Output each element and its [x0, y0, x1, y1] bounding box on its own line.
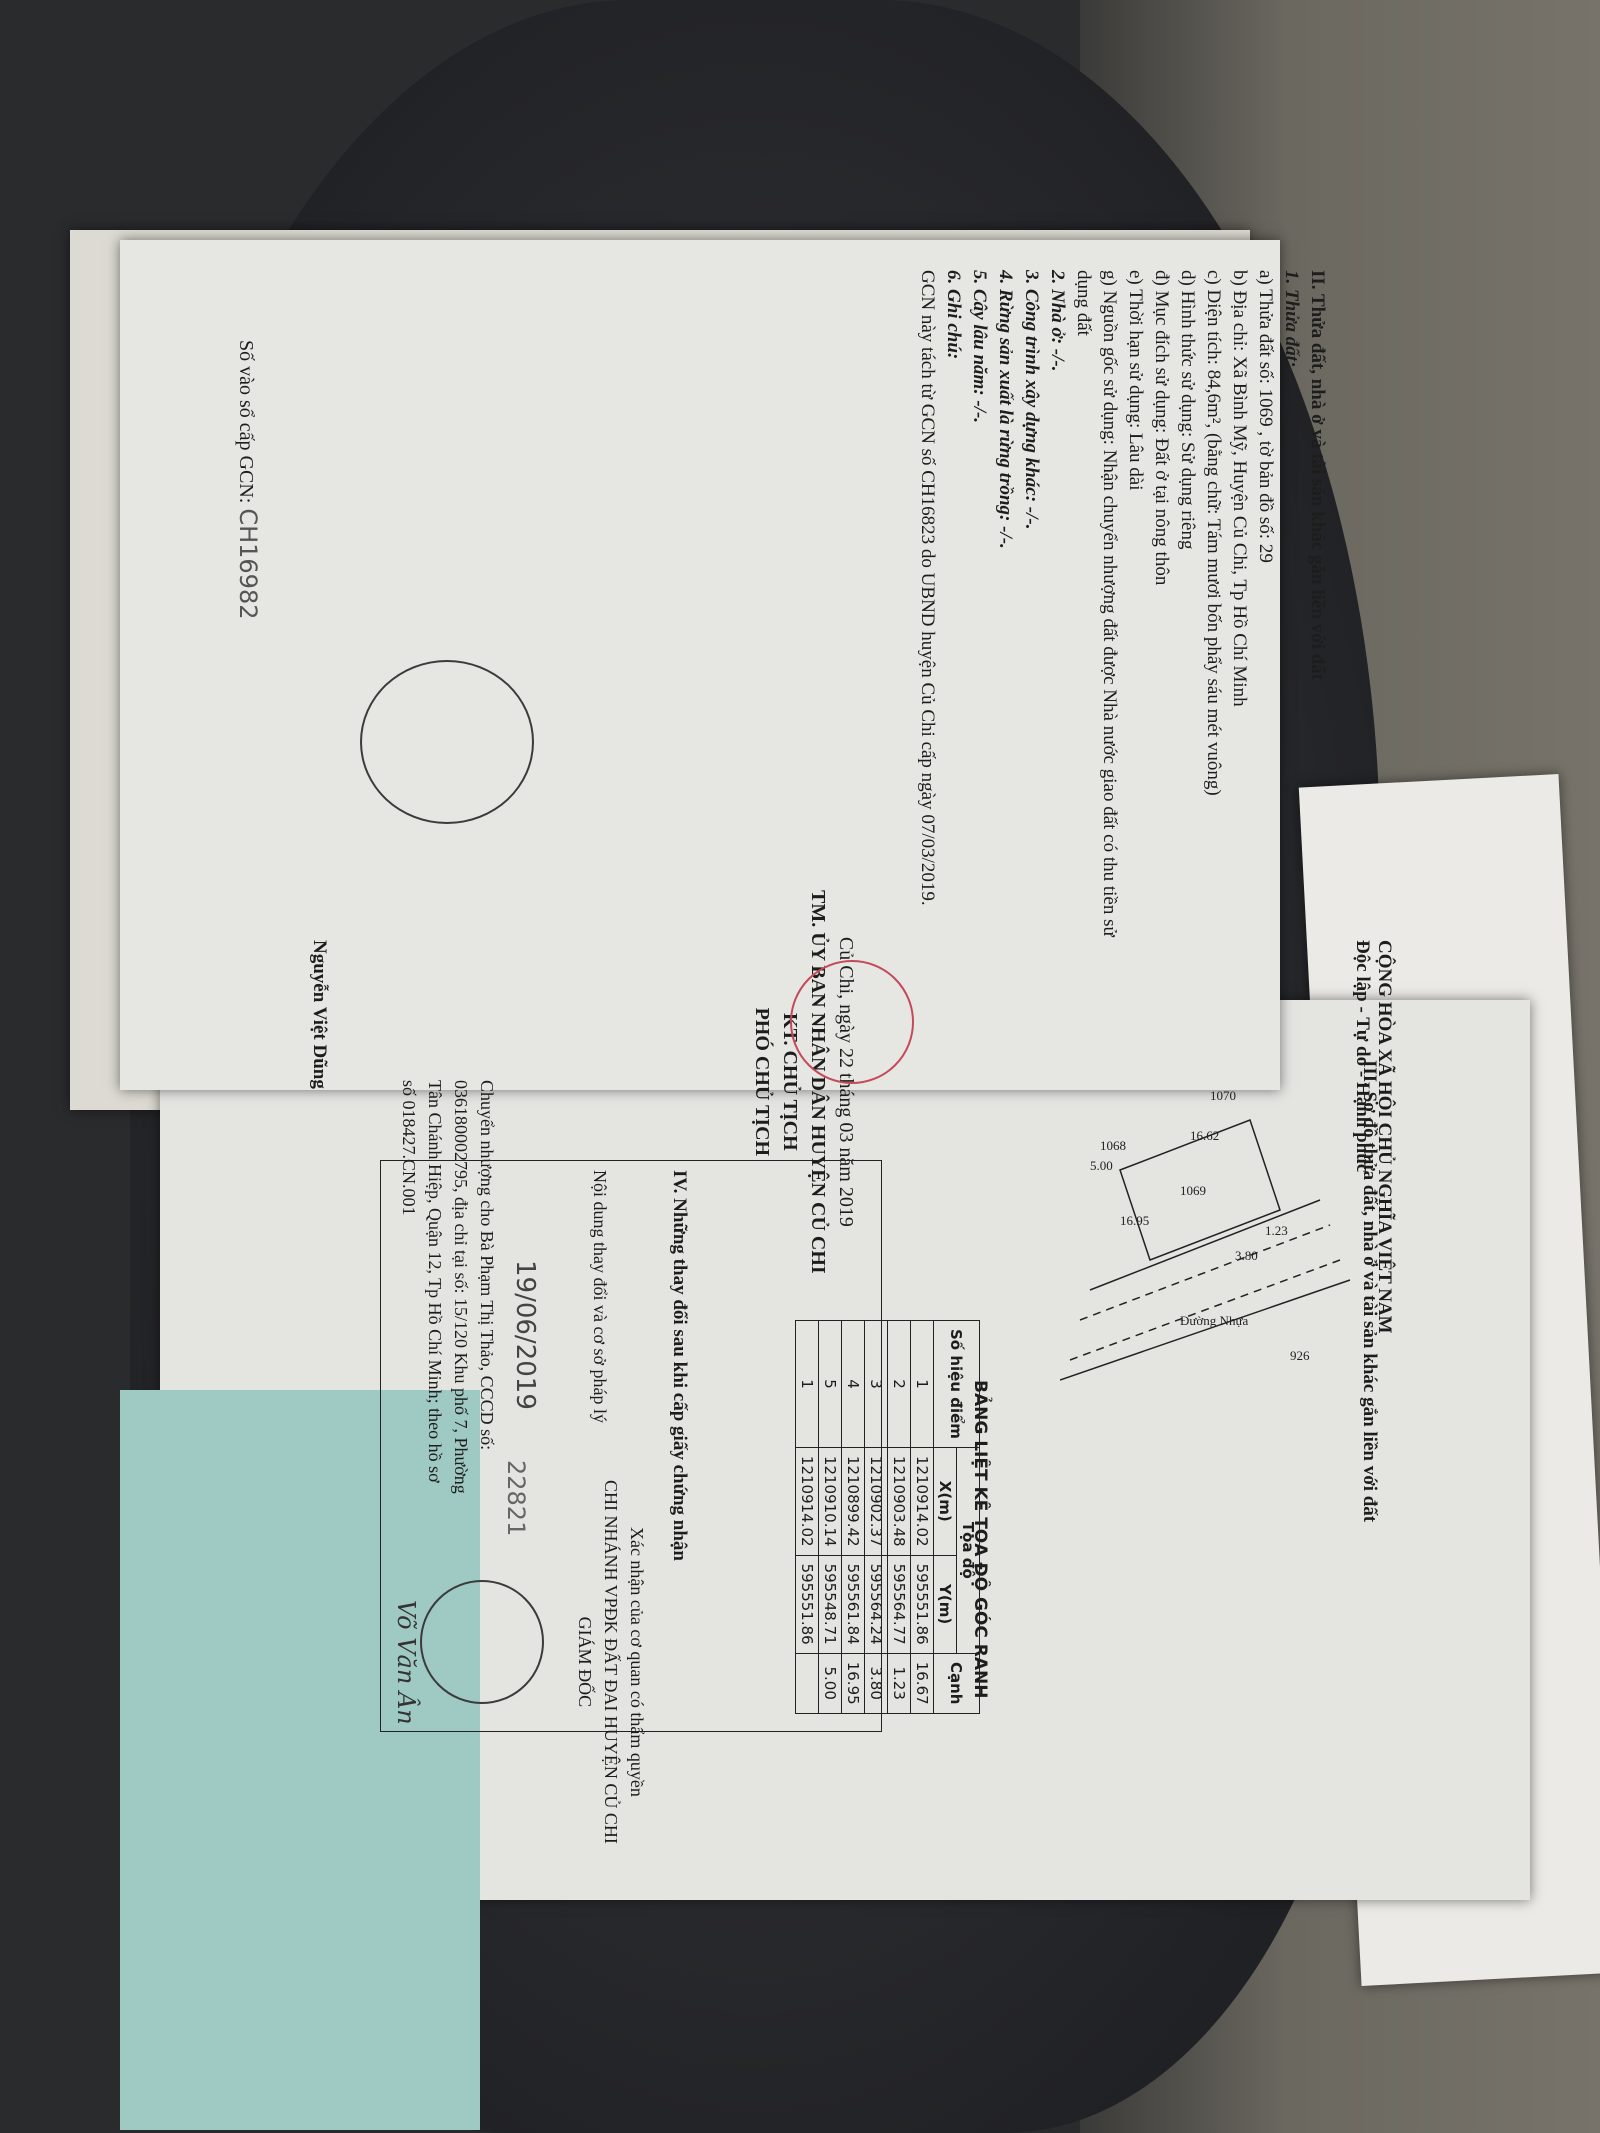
cell: 1.23: [888, 1653, 911, 1713]
registry-label: Số vào sổ cấp GCN:: [235, 340, 257, 503]
land-line: dụng đất: [1070, 270, 1096, 937]
land-line: b) Địa chỉ: Xã Bình Mỹ, Huyện Củ Chi, Tp…: [1226, 270, 1252, 937]
notary-stamp-icon: [790, 960, 914, 1084]
confirm-label: Xác nhận của cơ quan có thẩm quyền: [624, 1480, 650, 1844]
registry-number: Số vào sổ cấp GCN: CH16982: [234, 340, 262, 619]
th-y: Y(m): [934, 1555, 957, 1653]
note: GCN này tách từ GCN số CH16823 do UBND h…: [914, 270, 940, 937]
section-2-title: II. Thửa đất, nhà ở và tài sản khác gắn …: [1304, 270, 1330, 937]
confirm-role: GIÁM ĐỐC: [572, 1480, 598, 1844]
cell: 16.67: [911, 1653, 934, 1713]
parcel-label: 1069: [1180, 1183, 1206, 1198]
signer-name: Nguyễn Việt Dũng: [308, 940, 330, 1089]
edge-label: 16.62: [1190, 1128, 1219, 1143]
item: 5. Cây lâu năm: -/-.: [966, 270, 992, 937]
body-line: Chuyển nhượng cho Bà Phạm Thị Thảo, CCCD…: [474, 1080, 500, 1494]
registry-value: CH16982: [234, 508, 262, 619]
handwritten-date: 19/06/2019: [510, 1260, 540, 1410]
handwritten-number: 22821: [502, 1460, 530, 1536]
edge-label: 3.80: [1235, 1248, 1258, 1263]
section-4-body: Chuyển nhượng cho Bà Phạm Thị Thảo, CCCD…: [396, 1080, 500, 1494]
land-line: a) Thửa đất số: 1069 , tờ bản đồ số: 29: [1252, 270, 1278, 937]
cell: 1210903.48: [888, 1447, 911, 1555]
neighbor-label: 1068: [1100, 1138, 1126, 1153]
section-3-title: III. Sơ đồ thửa đất, nhà ở và tài sản kh…: [1358, 1060, 1380, 1522]
item: 2. Nhà ở: -/-.: [1044, 270, 1070, 937]
land-line: d) Hình thức sử dụng: Sử dụng riêng: [1174, 270, 1200, 937]
registry-office-stamp-icon: [420, 1580, 544, 1704]
road-label: Đường Nhựa: [1180, 1313, 1248, 1328]
section-4-title: IV. Những thay đổi sau khi cấp giấy chứn…: [668, 1170, 690, 1561]
item: 4. Rừng sản xuất là rừng trồng: -/-.: [992, 270, 1018, 937]
cell: 2: [888, 1321, 911, 1448]
neighbor-label: 926: [1290, 1348, 1310, 1363]
table-row: 11210914.02595551.8616.67: [911, 1321, 934, 1714]
edge-label: 1.23: [1265, 1223, 1288, 1238]
section-4-confirm: Xác nhận của cơ quan có thẩm quyền CHI N…: [572, 1480, 650, 1844]
th-x: X(m): [934, 1447, 957, 1555]
section-4-col1: Nội dung thay đổi và cơ sở pháp lý: [589, 1170, 610, 1423]
land-heading: 1. Thửa đất:: [1278, 270, 1304, 937]
cell: 1210914.02: [911, 1447, 934, 1555]
edge-label: 16.95: [1120, 1213, 1149, 1228]
neighbor-label: 1070: [1210, 1088, 1236, 1103]
land-line: đ) Mục đích sử dụng: Đất ở tại nông thôn: [1148, 270, 1174, 937]
cell: 1: [911, 1321, 934, 1448]
th-coord: Tọa độ: [957, 1447, 980, 1653]
body-line: Tân Chánh Hiệp, Quận 12, Tp Hồ Chí Minh;…: [422, 1080, 448, 1494]
section-2: II. Thửa đất, nhà ở và tài sản khác gắn …: [914, 270, 1330, 937]
item: 6. Ghi chú:: [940, 270, 966, 937]
table-row: 21210903.48595564.771.23: [888, 1321, 911, 1714]
item: 3. Công trình xây dựng khác: -/-.: [1018, 270, 1044, 937]
land-line: e) Thời hạn sử dụng: Lâu dài: [1122, 270, 1148, 937]
body-line: số 018427.CN.001: [396, 1080, 422, 1494]
th-edge: Cạnh: [934, 1653, 980, 1713]
parcel-diagram: 1069 1070 1068 926 Đường Nhựa 5.00 16.62…: [1060, 1060, 1360, 1390]
confirm-signer-name: Võ Văn Ân: [392, 1600, 420, 1725]
body-line: 036180002795, địa chỉ tại số: 15/120 Khu…: [448, 1080, 474, 1494]
edge-label: 5.00: [1090, 1158, 1113, 1173]
confirm-org: CHI NHÁNH VPĐK ĐẤT ĐAI HUYỆN CỦ CHI: [598, 1480, 624, 1844]
land-line: c) Diện tích: 84,6m², (bằng chữ: Tám mươ…: [1200, 270, 1226, 937]
land-line: g) Nguồn gốc sử dụng: Nhận chuyển nhượng…: [1096, 270, 1122, 937]
th-point: Số hiệu điểm: [934, 1321, 980, 1448]
district-stamp-icon: [360, 660, 534, 824]
cell: 595551.86: [911, 1555, 934, 1653]
cell: 595564.77: [888, 1555, 911, 1653]
